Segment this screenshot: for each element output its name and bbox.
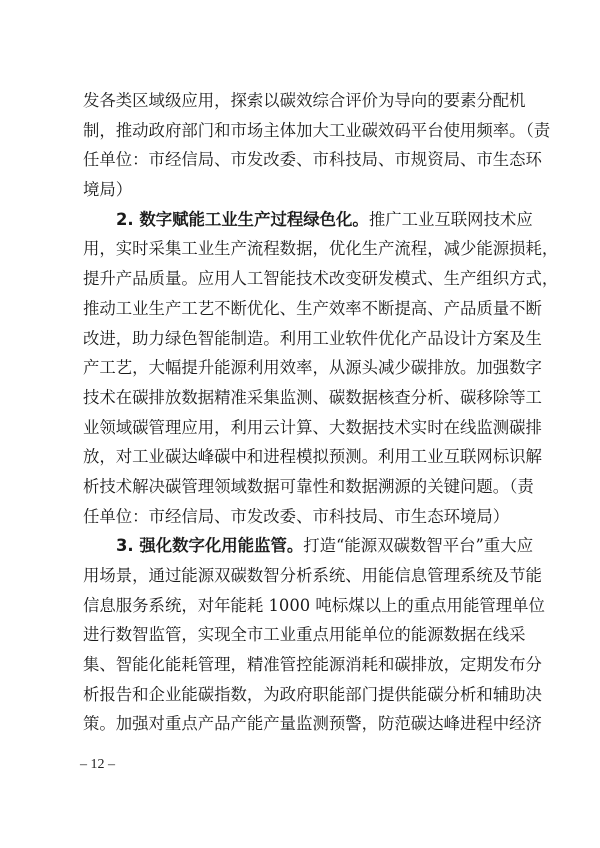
text-line: 推动工业生产工艺不断优化、生产效率不断提高、产品质量不断 bbox=[83, 294, 524, 324]
paragraph-3: 3. 强化数字化用能监管。打造“能源双碳数智平台”重大应 用场景，通过能源双碳数… bbox=[83, 531, 524, 739]
text-line: 进行数智监管，实现全市工业重点用能单位的能源数据在线采 bbox=[83, 620, 524, 650]
paragraph-1: 发各类区域级应用，探索以碳效综合评价为导向的要素分配机 制，推动政府部门和市场主… bbox=[83, 86, 524, 205]
text-line: 任单位：市经信局、市发改委、市科技局、市规资局、市生态环 bbox=[83, 145, 524, 175]
text-span: 推广工业互联网技术应 bbox=[369, 210, 533, 229]
paragraph-2: 2. 数字赋能工业生产过程绿色化。推广工业互联网技术应 用，实时采集工业生产流程… bbox=[83, 205, 524, 532]
text-line: 放，对工业碳达峰碳中和进程模拟预测。利用工业互联网标识解 bbox=[83, 442, 524, 472]
section-heading-3: 3. 强化数字化用能监管。 bbox=[116, 536, 303, 555]
text-line: 策。加强对重点产品产能产量监测预警，防范碳达峰进程中经济 bbox=[83, 709, 524, 739]
text-line: 发各类区域级应用，探索以碳效综合评价为导向的要素分配机 bbox=[83, 86, 524, 116]
text-line: 技术在碳排放数据精准采集监测、碳数据核查分析、碳移除等工 bbox=[83, 383, 524, 413]
page-number: – 12 – bbox=[80, 757, 115, 773]
text-line: 2. 数字赋能工业生产过程绿色化。推广工业互联网技术应 bbox=[83, 205, 524, 235]
text-line: 任单位：市经信局、市发改委、市科技局、市生态环境局） bbox=[83, 502, 524, 532]
text-line: 用，实时采集工业生产流程数据，优化生产流程，减少能源损耗， bbox=[83, 234, 524, 264]
text-line: 制，推动政府部门和市场主体加大工业碳效码平台使用频率。（责 bbox=[83, 116, 524, 146]
section-heading-2: 2. 数字赋能工业生产过程绿色化。 bbox=[116, 210, 369, 229]
text-line: 集、智能化能耗管理，精准管控能源消耗和碳排放，定期发布分 bbox=[83, 650, 524, 680]
text-line: 用场景，通过能源双碳数智分析系统、用能信息管理系统及节能 bbox=[83, 561, 524, 591]
text-line: 业领域碳管理应用，利用云计算、大数据技术实时在线监测碳排 bbox=[83, 413, 524, 443]
text-line: 改进，助力绿色智能制造。利用工业软件优化产品设计方案及生 bbox=[83, 324, 524, 354]
text-span: 打造“能源双碳数智平台”重大应 bbox=[303, 536, 533, 555]
text-line: 3. 强化数字化用能监管。打造“能源双碳数智平台”重大应 bbox=[83, 531, 524, 561]
text-line: 境局） bbox=[83, 175, 524, 205]
document-page: 发各类区域级应用，探索以碳效综合评价为导向的要素分配机 制，推动政府部门和市场主… bbox=[83, 86, 524, 739]
text-line: 提升产品质量。应用人工智能技术改变研发模式、生产组织方式， bbox=[83, 264, 524, 294]
text-line: 析技术解决碳管理领域数据可靠性和数据溯源的关键问题。（责 bbox=[83, 472, 524, 502]
text-line: 析报告和企业能碳指数，为政府职能部门提供能碳分析和辅助决 bbox=[83, 680, 524, 710]
text-line: 产工艺，大幅提升能源利用效率，从源头减少碳排放。加强数字 bbox=[83, 353, 524, 383]
text-line: 信息服务系统，对年能耗 1000 吨标煤以上的重点用能管理单位 bbox=[83, 591, 524, 621]
